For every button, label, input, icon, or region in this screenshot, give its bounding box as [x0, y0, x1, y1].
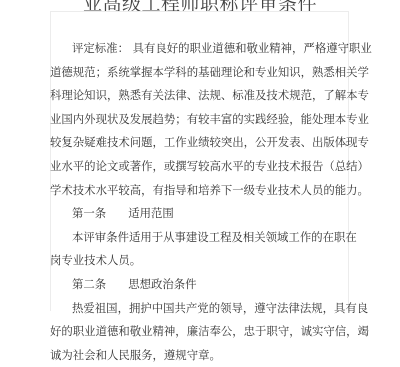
article-1-heading: 第一条适用范围: [50, 202, 350, 226]
article-1-number: 第一条: [72, 206, 106, 220]
article-2-heading: 第二条思想政治条件: [50, 273, 350, 297]
paragraph-line: 业国内外现状及发展趋势；有较丰富的实践经验，能处理本专业: [50, 108, 350, 132]
paragraph-line: 评定标准： 具有良好的职业道德和敬业精神，严格遵守职业: [50, 37, 350, 61]
article-2-number: 第二条: [72, 277, 106, 291]
article-2-title: 思想政治条件: [128, 277, 196, 291]
paragraph-line: 较复杂疑难技术问题，工作业绩较突出，公开发表、出版体现专: [50, 131, 350, 155]
paragraph-line: 业水平的论文或著作，或撰写较高水平的专业技术报告（总结）: [50, 155, 350, 179]
stray-punctuation-mark: ;: [345, 138, 348, 147]
paragraph-line: 道德规范；系统掌握本学科的基础理论和专业知识，熟悉相关学: [50, 61, 350, 85]
paragraph-line: 学术技术水平较高，有指导和培养下一级专业技术人员的能力。: [50, 179, 350, 203]
paragraph-line: 热爱祖国，拥护中国共产党的领导，遵守法律法规，具有良: [50, 297, 350, 300]
paragraph-line: 岗专业技术人员。: [50, 249, 350, 273]
paragraph-line: 科理论知识，熟悉有关法律、法规、标准及技术规范，了解本专: [50, 84, 350, 108]
article-1-title: 适用范围: [128, 206, 174, 220]
paragraph-line: 本评审条件适用于从事建设工程及相关领域工作的在职在: [50, 226, 350, 250]
document-body: 评定标准： 具有良好的职业道德和敬业精神，严格遵守职业 道德规范；系统掌握本学科…: [50, 37, 350, 300]
